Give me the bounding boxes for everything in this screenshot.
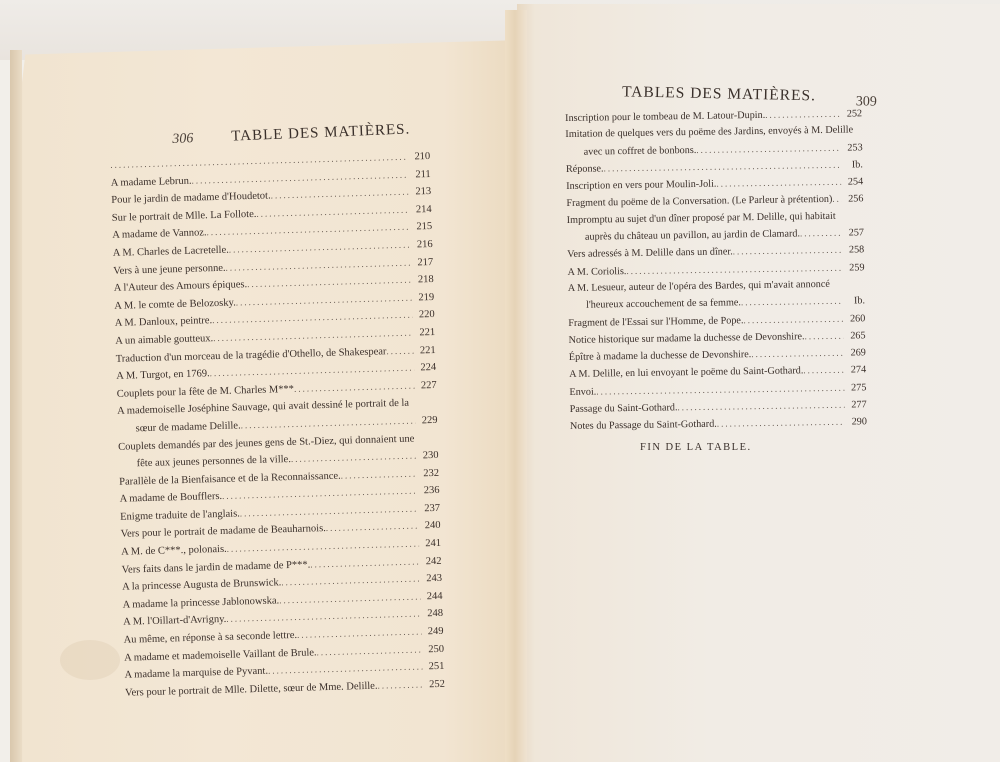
dot-leader (716, 174, 841, 192)
toc-entry-title: Envoi. (569, 384, 596, 401)
toc-page-number: 250 (422, 640, 444, 658)
dot-leader (804, 328, 843, 345)
toc-page-number: 227 (414, 377, 436, 395)
dot-leader (717, 414, 845, 432)
dot-leader (765, 106, 840, 123)
toc-page-number: 219 (412, 289, 434, 307)
toc-page-number: 237 (418, 500, 440, 518)
end-of-table-label: FIN DE LA TABLE. (640, 442, 752, 453)
left-page-edge (10, 50, 22, 762)
right-running-head: TABLES DES MATIÈRES. (622, 83, 816, 104)
toc-entry-title: A M. Coriolis. (567, 264, 626, 281)
toc-page-number: 240 (418, 517, 440, 535)
dot-leader (626, 259, 842, 279)
toc-entry-title: Fragment de l'Essai sur l'Homme, de Pope… (568, 313, 743, 332)
toc-page-number: 224 (414, 359, 436, 377)
toc-page-number: 256 (841, 192, 863, 209)
left-toc-list: 210A madame Lebrun.211Pour le jardin de … (110, 148, 445, 702)
dot-leader (743, 310, 843, 328)
dot-leader (677, 397, 844, 416)
toc-page-number: 221 (413, 341, 435, 359)
dot-leader (340, 465, 417, 485)
toc-page-number: 218 (411, 271, 433, 289)
toc-page-number: 242 (419, 552, 441, 570)
dot-leader (386, 342, 414, 360)
toc-entry-title: Inscription en vers pour Moulin-Joli. (566, 177, 716, 196)
toc-page-number: 249 (421, 623, 443, 641)
toc-page-number: 211 (408, 166, 430, 184)
toc-page-number: 210 (408, 148, 430, 166)
toc-page-number: 213 (409, 183, 431, 201)
dot-leader (741, 293, 843, 311)
toc-page-number: 241 (419, 535, 441, 553)
dot-leader (803, 362, 844, 379)
toc-page-number: 232 (417, 465, 439, 483)
toc-entry-title: l'heureux accouchement de sa femme. (586, 296, 741, 315)
toc-page-number: 216 (410, 236, 432, 254)
dot-leader (832, 191, 841, 207)
toc-page-number: 290 (845, 415, 867, 432)
toc-page-number: 220 (412, 306, 434, 324)
toc-page-number: 230 (416, 447, 438, 465)
toc-page-number: 257 (842, 225, 864, 242)
toc-page-number: 251 (422, 658, 444, 676)
book-gutter (505, 10, 527, 762)
toc-page-number: 217 (411, 254, 433, 272)
open-book: 306 TABLE DES MATIÈRES. 210A madame Lebr… (0, 0, 1000, 762)
toc-page-number: 236 (417, 482, 439, 500)
toc-page-number: 243 (420, 570, 442, 588)
toc-page-number: 252 (840, 106, 862, 123)
dot-leader (733, 242, 843, 260)
toc-page-number: 248 (421, 605, 443, 623)
toc-entry-title: Réponse. (566, 161, 604, 178)
toc-page-number: 260 (843, 311, 865, 328)
toc-page-number: 214 (409, 201, 431, 219)
toc-page-number: 221 (413, 324, 435, 342)
toc-entry-title: Passage du Saint-Gothard. (570, 400, 678, 418)
toc-page-number: 269 (844, 345, 866, 362)
toc-page-number: 252 (423, 676, 445, 694)
toc-page-number: 277 (845, 397, 867, 414)
toc-page-number: Ib. (841, 157, 863, 174)
paper-stain (60, 640, 120, 680)
toc-page-number: 244 (420, 588, 442, 606)
toc-entry-title: sœur de madame Delille. (135, 417, 240, 438)
left-page-number: 306 (172, 131, 194, 147)
toc-page-number: 253 (841, 140, 863, 157)
toc-page-number: 265 (843, 328, 865, 345)
toc-entry-title: avec un coffret de bonbons. (584, 143, 697, 161)
toc-page-number: Ib. (843, 294, 865, 311)
toc-page-number: 258 (842, 243, 864, 260)
dot-leader (800, 225, 842, 242)
toc-page-number: 254 (841, 175, 863, 192)
dot-leader (696, 139, 841, 158)
toc-page-number: 229 (415, 412, 437, 430)
toc-entry-title: Notes du Passage du Saint-Gothard. (570, 417, 717, 436)
right-toc-list: Inscription pour le tombeau de M. Latour… (565, 105, 867, 435)
dot-leader (751, 345, 844, 363)
toc-entry-title: A madame Lebrun. (111, 172, 192, 192)
toc-page-number: 259 (842, 260, 864, 277)
toc-page-number: 274 (844, 363, 866, 380)
dot-leader (377, 676, 423, 695)
toc-page-number: 275 (844, 380, 866, 397)
toc-entry-title: Épître à madame la duchesse de Devonshir… (569, 347, 752, 366)
toc-page-number: 215 (410, 218, 432, 236)
